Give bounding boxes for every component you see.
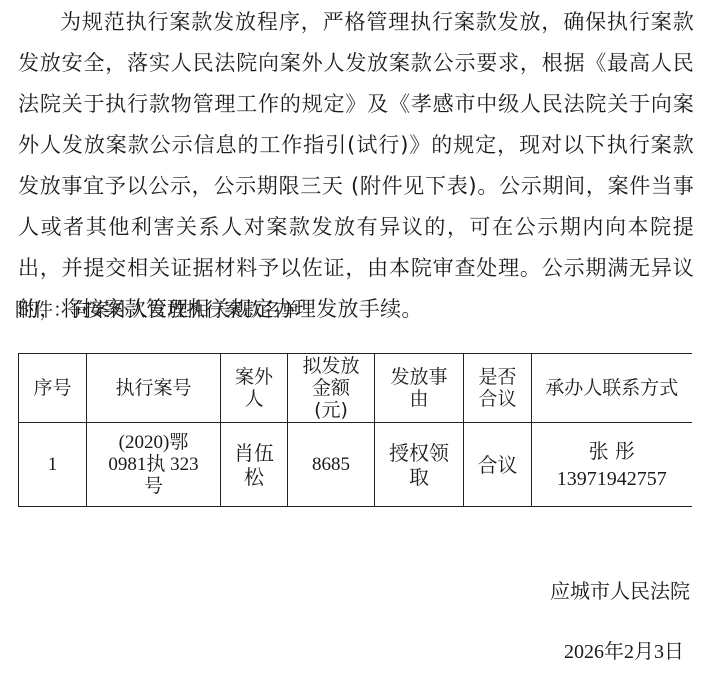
cell-index: 1 [19, 423, 87, 507]
cell-case-number: (2020)鄂0981执 323号 [87, 423, 221, 507]
cell-reason: 授权领取 [375, 423, 464, 507]
cell-amount: 8685 [288, 423, 375, 507]
notice-body: 为规范执行案款发放程序，严格管理执行案款发放，确保执行案款发放安全，落实人民法院… [18, 2, 694, 330]
cell-handler-contact: 张 彤 13971942757 [532, 423, 692, 507]
header-index: 序号 [19, 354, 87, 423]
issue-date: 2026年2月3日 [564, 638, 684, 666]
court-signature: 应城市人民法院 [550, 577, 690, 605]
attachment-label: 附件：向案外人发放执行案款名单 [15, 296, 300, 324]
header-amount: 拟发放金额(元) [288, 354, 375, 423]
table-row: 1 (2020)鄂0981执 323号 肖伍松 8685 授权领取 合议 张 彤… [19, 423, 692, 507]
header-case-number: 执行案号 [87, 354, 221, 423]
table-header-row: 序号 执行案号 案外人 拟发放金额(元) 发放事由 是否合议 承办人联系方式 [19, 354, 692, 423]
header-handler-contact: 承办人联系方式 [532, 354, 692, 423]
header-reason: 发放事由 [375, 354, 464, 423]
handler-name: 张 彤 [532, 437, 692, 465]
header-collegial: 是否合议 [464, 354, 532, 423]
header-outsider: 案外人 [221, 354, 288, 423]
handler-phone: 13971942757 [532, 465, 692, 493]
cell-collegial: 合议 [464, 423, 532, 507]
cell-outsider: 肖伍松 [221, 423, 288, 507]
payout-table: 序号 执行案号 案外人 拟发放金额(元) 发放事由 是否合议 承办人联系方式 1… [18, 353, 692, 507]
